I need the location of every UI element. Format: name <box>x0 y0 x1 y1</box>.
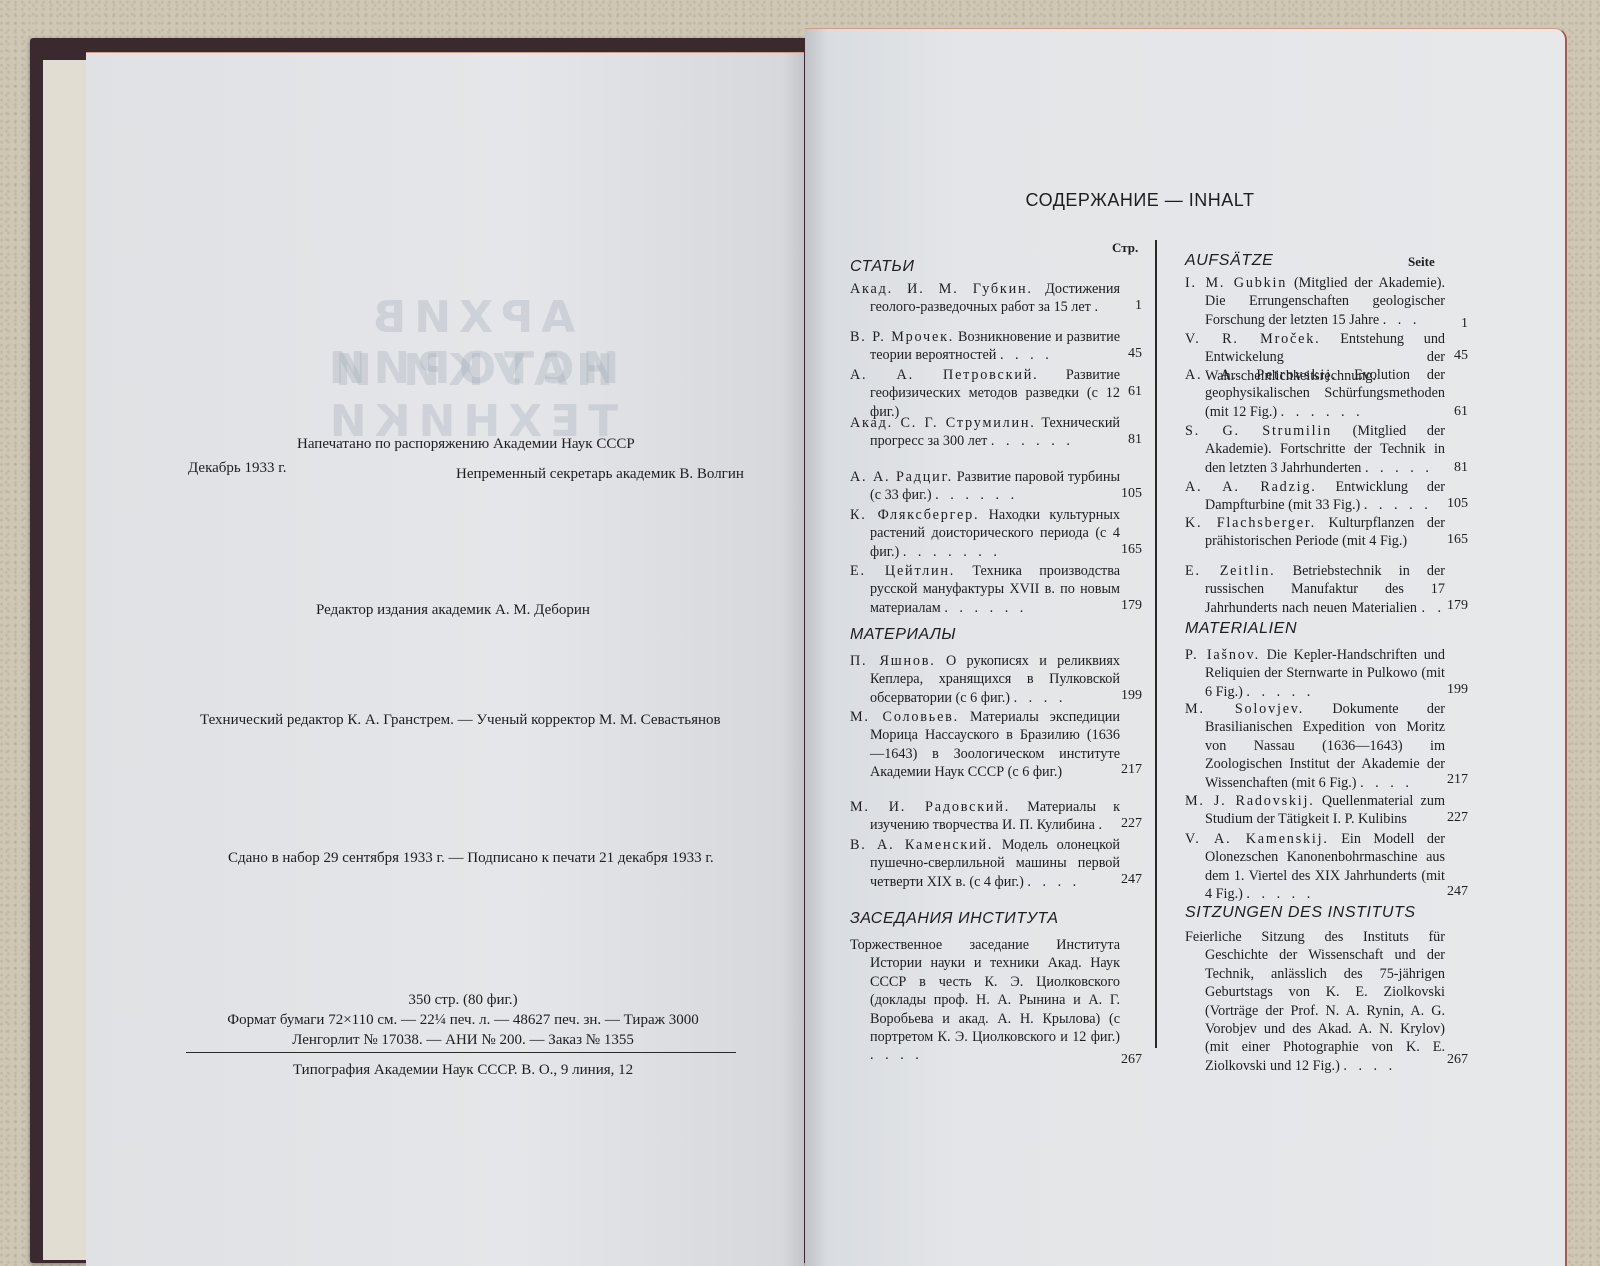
toc-entry[interactable]: I. M. Gubkin (Mitglied der Akademie). Di… <box>1185 274 1445 329</box>
lengorlit-order: Ленгорлит № 17038. — АНИ № 200. — Заказ … <box>188 1032 738 1049</box>
page-number: 227 <box>1428 810 1468 826</box>
toc-entry[interactable]: A. A. Radzig. Entwicklung der Dampfturbi… <box>1185 478 1445 515</box>
page-number: 105 <box>1102 486 1142 502</box>
page-number: 199 <box>1428 682 1468 698</box>
page-number: 45 <box>1428 348 1468 364</box>
toc-entry[interactable]: Е. Цейтлин. Техника производства русской… <box>850 562 1120 617</box>
toc-entry[interactable]: К. Фляксбергер. Находки культурных расте… <box>850 506 1120 561</box>
show-through-title-line-2: НАУКИ И ТЕХНИКИ <box>240 345 700 447</box>
toc-entry[interactable]: A. A. Petrovskij. Evolution der geophysi… <box>1185 366 1445 421</box>
page-number: 81 <box>1428 460 1468 476</box>
toc-entry[interactable]: Торжественное заседание Института Истори… <box>850 936 1120 1065</box>
pages-figures: 350 стр. (80 фиг.) <box>188 992 738 1009</box>
toc-entry[interactable]: M. J. Radovskij. Quellenmaterial zum Stu… <box>1185 792 1445 829</box>
endpaper-strip <box>43 60 89 1260</box>
editor-credit: Редактор издания академик А. М. Деборин <box>316 602 590 619</box>
page-number: 267 <box>1428 1052 1468 1068</box>
toc-entry[interactable]: В. А. Каменский. Модель олонецкой пушечн… <box>850 836 1120 891</box>
de-section-heading: AUFSÄTZE <box>1185 252 1273 270</box>
page-number: 165 <box>1428 532 1468 548</box>
page-number: 165 <box>1102 542 1142 558</box>
toc-entry[interactable]: А. А. Радциг. Развитие паровой турбины (… <box>850 468 1120 505</box>
toc-entry[interactable]: M. Solovjev. Dokumente der Brasilianisch… <box>1185 700 1445 792</box>
paper-format: Формат бумаги 72×110 см. — 22¼ печ. л. —… <box>188 1012 738 1029</box>
ru-section-heading: ЗАСЕДАНИЯ ИНСТИТУТА <box>850 910 1059 928</box>
ru-page-column-label: Стр. <box>1112 240 1138 256</box>
de-section-heading: SITZUNGEN DES INSTITUTS <box>1185 904 1416 922</box>
page-number: 179 <box>1428 598 1468 614</box>
page-number: 61 <box>1428 404 1468 420</box>
page-number: 105 <box>1428 496 1468 512</box>
de-page-column-label: Seite <box>1408 254 1435 270</box>
toc-entry[interactable]: K. Flachsberger. Kulturpflanzen der präh… <box>1185 514 1445 551</box>
toc-entry[interactable]: М. И. Радовский. Материалы к изучению тв… <box>850 798 1120 835</box>
toc-entry[interactable]: S. G. Strumilin (Mitglied der Akademie).… <box>1185 422 1445 477</box>
toc-entry[interactable]: В. Р. Мрочек. Возникновение и развитие т… <box>850 328 1120 365</box>
toc-title: СОДЕРЖАНИЕ — INHALT <box>830 190 1450 211</box>
page-number: 267 <box>1102 1052 1142 1068</box>
toc-entry[interactable]: P. Iašnov. Die Kepler-Handschriften und … <box>1185 646 1445 701</box>
left-page-imprint <box>86 52 804 1266</box>
page-number: 247 <box>1102 872 1142 888</box>
page-number: 61 <box>1102 384 1142 400</box>
column-divider <box>1155 240 1157 1048</box>
ru-section-heading: МАТЕРИАЛЫ <box>850 626 956 644</box>
typeset-signed-dates: Сдано в набор 29 сентября 1933 г. — Подп… <box>228 850 714 867</box>
printed-by-order: Напечатано по распоряжению Академии Наук… <box>297 436 635 453</box>
de-section-heading: MATERIALIEN <box>1185 620 1297 638</box>
printing-house: Типография Академии Наук СССР. В. О., 9 … <box>188 1062 738 1079</box>
toc-entry[interactable]: А. А. Петровский. Развитие геофизических… <box>850 366 1120 421</box>
page-number: 179 <box>1102 598 1142 614</box>
page-number: 217 <box>1428 772 1468 788</box>
toc-entry[interactable]: Акад. С. Г. Струмилин. Технический прогр… <box>850 414 1120 451</box>
imprint-rule <box>186 1052 736 1053</box>
permanent-secretary: Непременный секретарь академик В. Волгин <box>456 466 744 483</box>
toc-entry[interactable]: М. Соловьев. Материалы экспедиции Морица… <box>850 708 1120 782</box>
ru-section-heading: СТАТЬИ <box>850 258 915 276</box>
page-number: 199 <box>1102 688 1142 704</box>
toc-entry[interactable]: П. Яшнов. О рукописях и реликвиях Кеплер… <box>850 652 1120 707</box>
page-number: 217 <box>1102 762 1142 778</box>
page-number: 45 <box>1102 346 1142 362</box>
page-number: 227 <box>1102 816 1142 832</box>
page-number: 247 <box>1428 884 1468 900</box>
toc-entry[interactable]: Акад. И. М. Губкин. Достижения геолого-р… <box>850 280 1120 317</box>
page-number: 1 <box>1102 298 1142 314</box>
toc-entry[interactable]: Feierliche Sitzung des Instituts für Ges… <box>1185 928 1445 1075</box>
imprint-date: Декабрь 1933 г. <box>188 460 286 477</box>
page-number: 81 <box>1102 432 1142 448</box>
technical-editor-credit: Технический редактор К. А. Гранстрем. — … <box>200 712 721 729</box>
toc-entry[interactable]: V. A. Kamenskij. Ein Modell der Olonezsc… <box>1185 830 1445 904</box>
